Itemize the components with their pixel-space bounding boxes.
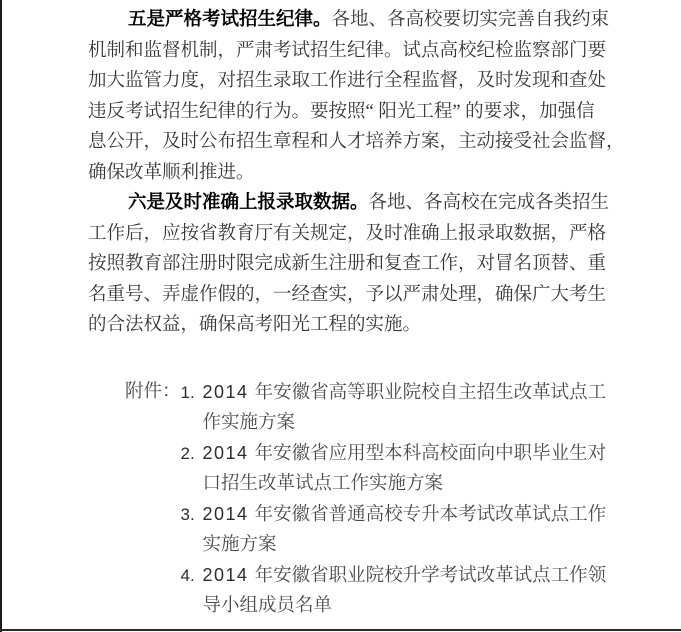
attachment-title-text: 年安徽省职业院校升学考试改革试点工作领 [255, 566, 607, 586]
attachments-list: 1.2014年安徽省高等职业院校自主招生改革试点工 作实施方案 2.2014年安… [181, 377, 607, 621]
attachment-number: 4. [181, 561, 203, 592]
paragraph-lead: 六是及时准确上报录取数据。 [128, 193, 369, 213]
body-line: 违反考试招生纪律的行为。要按照“ 阳光工程” 的要求，加强信 [88, 97, 628, 128]
body-line: 息公开，及时公布招生章程和人才培养方案，主动接受社会监督， [88, 127, 628, 158]
attachment-item: 2.2014年安徽省应用型本科高校面向中职毕业生对 口招生改革试点工作实施方案 [181, 438, 607, 499]
attachment-title-text: 年安徽省应用型本科高校面向中职毕业生对 [255, 444, 607, 464]
attachment-line: 1.2014年安徽省高等职业院校自主招生改革试点工 [181, 377, 607, 408]
page-left-edge-line [0, 0, 2, 632]
attachment-line: 作实施方案 [181, 408, 607, 439]
attachment-year: 2014 [203, 382, 249, 402]
attachment-item: 1.2014年安徽省高等职业院校自主招生改革试点工 作实施方案 [181, 377, 607, 438]
paragraph-5: 五是严格考试招生纪律。各地、各高校要切实完善自我约束 机制和监督机制，严肃考试招… [88, 5, 628, 188]
attachment-line: 口招生改革试点工作实施方案 [181, 469, 607, 500]
paragraph-6: 六是及时准确上报录取数据。各地、各高校在完成各类招生 工作后，应按省教育厅有关规… [88, 188, 628, 341]
body-line: 五是严格考试招生纪律。各地、各高校要切实完善自我约束 [88, 5, 628, 36]
attachment-line: 4.2014年安徽省职业院校升学考试改革试点工作领 [181, 560, 607, 591]
body-line: 按照教育部注册时限完成新生注册和复查工作，对冒名顶替、重 [88, 249, 628, 280]
attachment-number: 1. [181, 378, 203, 409]
body-line-text: 各地、各高校要切实完善自我约束 [332, 10, 610, 30]
attachment-number: 3. [181, 500, 203, 531]
attachment-item: 4.2014年安徽省职业院校升学考试改革试点工作领 导小组成员名单 [181, 560, 607, 621]
body-line: 名重号、弄虚作假的，一经查实，予以严肃处理，确保广大考生 [88, 280, 628, 311]
attachment-year: 2014 [203, 443, 249, 463]
attachment-number: 2. [181, 439, 203, 470]
body-line: 的合法权益，确保高考阳光工程的实施。 [88, 310, 628, 341]
attachment-line: 导小组成员名单 [181, 591, 607, 622]
document-page: { "page": { "background": "#ffffff", "ed… [0, 0, 681, 632]
body-line: 六是及时准确上报录取数据。各地、各高校在完成各类招生 [88, 188, 628, 219]
attachment-line: 2.2014年安徽省应用型本科高校面向中职毕业生对 [181, 438, 607, 469]
body-line-text: 各地、各高校在完成各类招生 [369, 193, 610, 213]
document-body: 五是严格考试招生纪律。各地、各高校要切实完善自我约束 机制和监督机制，严肃考试招… [88, 5, 628, 341]
attachment-line: 实施方案 [181, 530, 607, 561]
paragraph-lead: 五是严格考试招生纪律。 [128, 10, 332, 30]
page-bottom-edge-line [0, 629, 681, 631]
attachment-title-text: 年安徽省高等职业院校自主招生改革试点工 [255, 383, 607, 403]
attachment-line: 3.2014年安徽省普通高校专升本考试改革试点工作 [181, 499, 607, 530]
body-line: 加大监管力度，对招生录取工作进行全程监督，及时发现和查处 [88, 66, 628, 97]
body-line: 机制和监督机制，严肃考试招生纪律。试点高校纪检监察部门要 [88, 36, 628, 67]
body-line: 工作后，应按省教育厅有关规定，及时准确上报录取数据，严格 [88, 219, 628, 250]
attachment-title-text: 年安徽省普通高校专升本考试改革试点工作 [255, 505, 607, 525]
body-line: 确保改革顺利推进。 [88, 158, 628, 189]
attachments-block: 附件： 1.2014年安徽省高等职业院校自主招生改革试点工 作实施方案 2.20… [125, 377, 606, 621]
attachment-year: 2014 [203, 504, 249, 524]
attachment-item: 3.2014年安徽省普通高校专升本考试改革试点工作 实施方案 [181, 499, 607, 560]
attachments-label: 附件： [125, 377, 181, 408]
attachment-year: 2014 [203, 565, 249, 585]
